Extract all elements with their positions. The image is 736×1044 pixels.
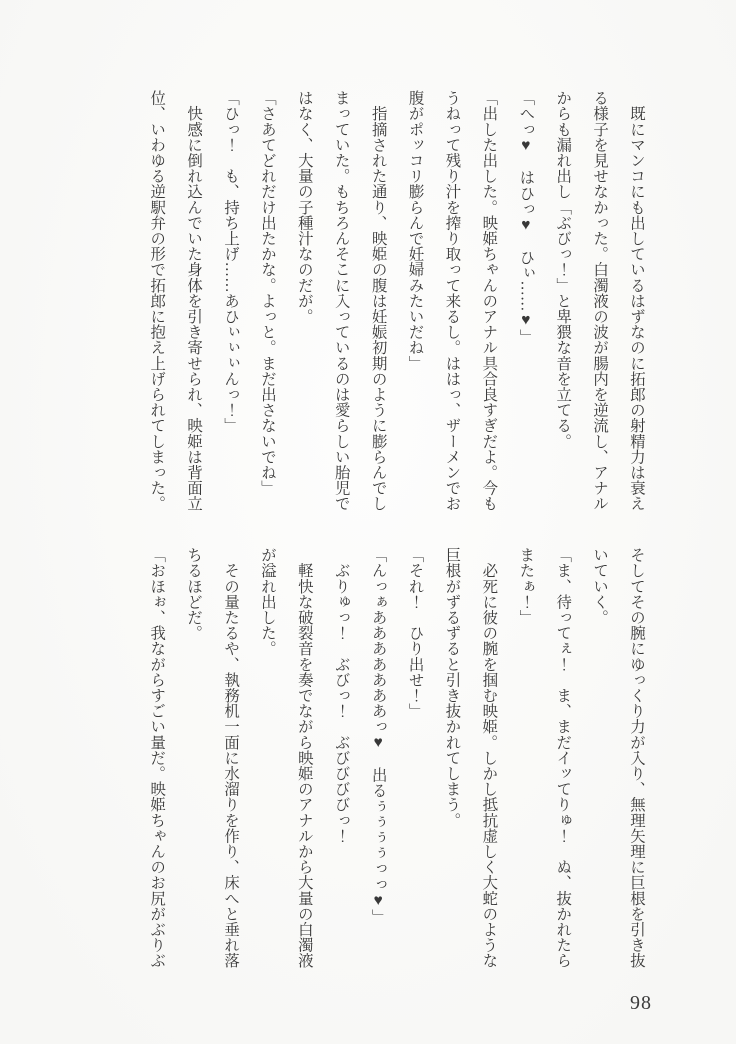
text-line: ちるほどだ。 <box>174 547 211 987</box>
text-line: が溢れ出した。 <box>248 547 285 987</box>
text-line: る様子を見せなかった。白濁液の波が腸内を逆流し、アナル <box>580 90 617 520</box>
text-line: はなく、大量の子種汁なのだが。 <box>285 90 322 520</box>
page-number: 98 <box>630 992 652 1015</box>
text-block-top: 既にマンコにも出しているはずなのに拓郎の射精力は衰える様子を見せなかった。白濁液… <box>137 90 654 520</box>
text-line: 必死に彼の腕を掴む映姫。しかし抵抗虚しく大蛇のような <box>469 547 506 987</box>
text-line: 快感に倒れ込んでいた身体を引き寄せられ、映姫は背面立 <box>174 90 211 520</box>
text-line: まっていた。もちろんそこに入っているのは愛らしい胎児で <box>322 90 359 520</box>
text-line: からも漏れ出し「ぶびっ！」と卑猥な音を立てる。 <box>543 90 580 520</box>
text-line: いていく。 <box>580 547 617 987</box>
text-line: ぶりゅっ！ ぶびっ！ ぶびびびびっ！ <box>322 547 359 987</box>
text-line: 「ま、待ってぇ！ ま、まだイッてりゅ！ ぬ、抜かれたら <box>543 547 580 987</box>
text-line: 巨根がずるずると引き抜かれてしまう。 <box>433 547 470 987</box>
text-line: 既にマンコにも出しているはずなのに拓郎の射精力は衰え <box>617 90 654 520</box>
text-line: またぁ！」 <box>506 547 543 987</box>
text-line: 軽快な破裂音を奏でながら映姫のアナルから大量の白濁液 <box>285 547 322 987</box>
text-line: 「さあてどれだけ出たかな。よっと。まだ出さないでね」 <box>248 90 285 520</box>
text-block-bottom: そしてその腕にゆっくり力が入り、無理矢理に巨根を引き抜いていく。「ま、待ってぇ！… <box>137 547 654 987</box>
document-page: 既にマンコにも出しているはずなのに拓郎の射精力は衰える様子を見せなかった。白濁液… <box>0 0 736 1044</box>
text-line: 腹がポッコリ膨らんで妊婦みたいだね」 <box>396 90 433 520</box>
text-line: 「んっぁあああああああっ♥ 出るぅぅぅぅっっ♥」 <box>359 547 396 987</box>
text-line: そしてその腕にゆっくり力が入り、無理矢理に巨根を引き抜 <box>617 547 654 987</box>
text-line: 「出した出した。映姫ちゃんのアナル具合良すぎだよ。今も <box>469 90 506 520</box>
text-line: その量たるや、執務机一面に水溜りを作り、床へと垂れ落 <box>211 547 248 987</box>
text-line: 指摘された通り、映姫の腹は妊娠初期のように膨らんでし <box>359 90 396 520</box>
text-line: 「へっ♥ はひっ♥ ひぃ……♥」 <box>506 90 543 520</box>
text-line: 「それ！ ひり出せ！」 <box>396 547 433 987</box>
text-line: 「ひっ！ も、持ち上げ……あひぃぃぃんっ！」 <box>211 90 248 520</box>
text-line: 「おほぉ、我ながらすごい量だ。映姫ちゃんのお尻がぶりぶ <box>137 547 174 987</box>
text-line: 位、いわゆる逆駅弁の形で拓郎に抱え上げられてしまった。 <box>137 90 174 520</box>
text-line: うねって残り汁を搾り取って来るし。ははっ、ザーメンでお <box>433 90 470 520</box>
